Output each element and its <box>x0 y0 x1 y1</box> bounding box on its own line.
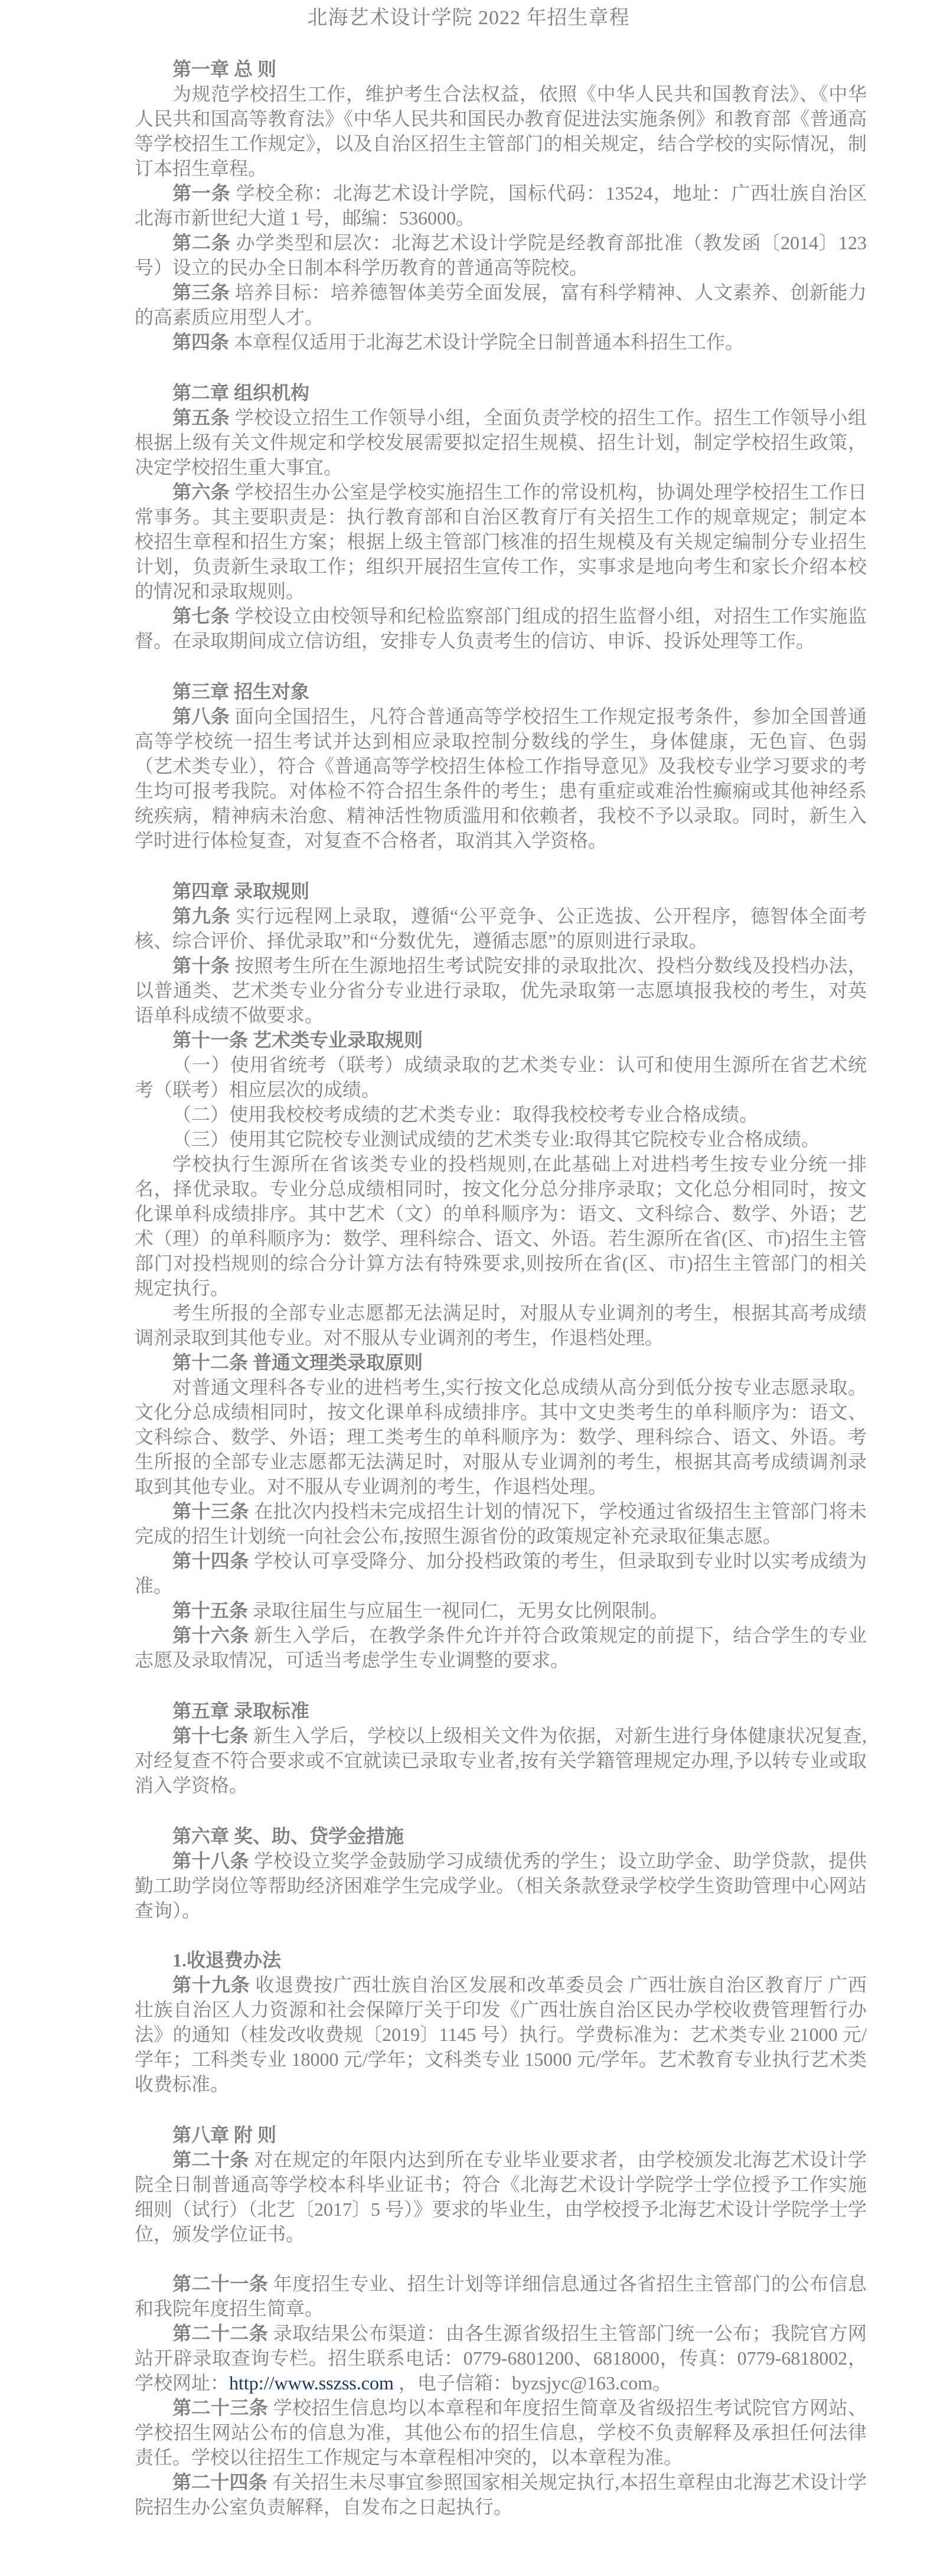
paragraph: 第十八条 学校设立奖学金鼓励学习成绩优秀的学生；设立助学金、助学贷款，提供勤工助… <box>135 1848 867 1923</box>
paragraph: 第十九条 收退费按广西壮族自治区发展和改革委员会 广西壮族自治区教育厅 广西壮族… <box>135 1972 867 2096</box>
paragraph: 第二条 办学类型和层次：北海艺术设计学院是经教育部批准（教发函〔2014〕123… <box>135 230 867 280</box>
chapter-heading: 第三章 招生对象 <box>135 679 867 704</box>
paragraph: 第二十条 对在规定的年限内达到所在专业毕业要求者，由学校颁发北海艺术设计学院全日… <box>135 2147 867 2246</box>
article-label: 第十六条 <box>172 1625 249 1646</box>
article-label: 第十条 <box>172 955 230 976</box>
paragraph: 对普通文理科各专业的进档考生,实行按文化总成绩从高分到低分按专业志愿录取。文化分… <box>135 1375 867 1499</box>
paragraph: （三）使用其它院校专业测试成绩的艺术类专业:取得其它院校专业合格成绩。 <box>135 1127 867 1152</box>
chapter-heading: 第六章 奖、助、贷学金措施 <box>135 1824 867 1848</box>
article-label: 第二十二条 <box>172 2323 268 2344</box>
article-label: 第十二条 <box>172 1352 248 1373</box>
paragraph: 第四条 本章程仅适用于北海艺术设计学院全日制普通本科招生工作。 <box>135 330 867 354</box>
paragraph: 第十四条 学校认可享受降分、加分投档政策的考生，但录取到专业时以实考成绩为准。 <box>135 1548 867 1598</box>
paragraph: 第二十三条 学校招生信息均以本章程和年度招生简章及省级招生考试院官方网站、学校招… <box>135 2395 867 2470</box>
article-label: 第一条 <box>172 182 231 204</box>
article-label: 第九条 <box>172 905 231 927</box>
school-website-link[interactable]: http://www.sszss.com <box>229 2372 394 2394</box>
article-label: 第四条 <box>172 331 229 353</box>
paragraph: 第二十一条 年度招生专业、招生计划等详细信息通过各省招生主管部门的公布信息和我院… <box>135 2271 867 2321</box>
article-label: 第八条 <box>172 706 230 727</box>
article-label: 第二十四条 <box>172 2471 267 2493</box>
article-label: 第十四条 <box>172 1550 249 1571</box>
article-label: 第二十条 <box>172 2149 249 2170</box>
article-label: 第十五条 <box>172 1600 248 1621</box>
paragraph: 第十五条 录取往届生与应届生一视同仁，无男女比例限制。 <box>135 1598 867 1623</box>
article-heading: 第十二条 普通文理类录取原则 <box>135 1350 867 1375</box>
chapter-heading: 第八章 附 则 <box>135 2122 867 2147</box>
article-label: 第三条 <box>172 282 230 303</box>
article-heading: 1.收退费办法 <box>135 1948 867 1972</box>
paragraph: 第三条 培养目标：培养德智体美劳全面发展，富有科学精神、人文素养、创新能力的高素… <box>135 280 867 330</box>
chapter-heading: 第四章 录取规则 <box>135 879 867 904</box>
paragraph: 第十三条 在批次内投档未完成招生计划的情况下，学校通过省级招生主管部门将未完成的… <box>135 1499 867 1548</box>
paragraph: 第八条 面向全国招生，凡符合普通高等学校招生工作规定报考条件，参加全国普通高等学… <box>135 704 867 853</box>
paragraph: 第六条 学校招生办公室是学校实施招生工作的常设机构，协调处理学校招生工作日常事务… <box>135 480 867 604</box>
paragraph: 为规范学校招生工作，维护考生合法权益，依照《中华人民共和国教育法》、《中华人民共… <box>135 81 867 181</box>
paragraph: 第二十四条 有关招生未尽事宜参照国家相关规定执行,本招生章程由北海艺术设计学院招… <box>135 2470 867 2519</box>
article-label: 第十一条 <box>172 1029 248 1051</box>
paragraph: 学校执行生源所在省该类专业的投档规则,在此基础上对进档考生按专业分统一排名，择优… <box>135 1152 867 1300</box>
article-label: 第十三条 <box>172 1501 249 1522</box>
paragraph: 第十六条 新生入学后，在教学条件允许并符合政策规定的前提下，结合学生的专业志愿及… <box>135 1623 867 1672</box>
paragraph: 考生所报的全部专业志愿都无法满足时，对服从专业调剂的考生，根据其高考成绩调剂录取… <box>135 1300 867 1350</box>
document-title: 北海艺术设计学院 2022 年招生章程 <box>0 0 937 31</box>
article-label: 第二十三条 <box>172 2397 268 2418</box>
chapter-heading: 第二章 组织机构 <box>135 380 867 405</box>
paragraph: 第九条 实行远程网上录取，遵循“公平竞争、公正选拔、公开程序，德智体全面考核、综… <box>135 904 867 953</box>
article-label: 第七条 <box>172 605 230 627</box>
paragraph: 第二十二条 录取结果公布渠道：由各生源省级招生主管部门统一公布；我院官方网站开辟… <box>135 2321 867 2395</box>
paragraph: 第十条 按照考生所在生源地招生考试院安排的录取批次、投档分数线及投档办法，以普通… <box>135 953 867 1028</box>
chapter-heading: 第五章 录取标准 <box>135 1698 867 1723</box>
paragraph: （一）使用省统考（联考）成绩录取的艺术类专业：认可和使用生源所在省艺术统考（联考… <box>135 1052 867 1102</box>
paragraph: 第一条 学校全称：北海艺术设计学院，国标代码：13524，地址：广西壮族自治区北… <box>135 181 867 230</box>
paragraph: 第五条 学校设立招生工作领导小组，全面负责学校的招生工作。招生工作领导小组根据上… <box>135 405 867 480</box>
paragraph: （二）使用我校校考成绩的艺术类专业：取得我校校考专业合格成绩。 <box>135 1102 867 1127</box>
document-page: 北海艺术设计学院 2022 年招生章程 第一章 总 则为规范学校招生工作，维护考… <box>0 0 937 2576</box>
article-label: 第十八条 <box>172 1850 249 1871</box>
chapter-heading: 第一章 总 则 <box>135 57 867 81</box>
article-label: 第二十一条 <box>172 2273 268 2294</box>
paragraph: 第七条 学校设立由校领导和纪检监察部门组成的招生监督小组，对招生工作实施监督。在… <box>135 604 867 653</box>
article-label: 第十九条 <box>172 1974 250 1995</box>
paragraph: 第十七条 新生入学后，学校以上级相关文件为依据，对新生进行身体健康状况复查,对经… <box>135 1723 867 1798</box>
article-label: 第二条 <box>172 232 231 253</box>
article-label: 第十七条 <box>172 1725 249 1746</box>
document-body: 第一章 总 则为规范学校招生工作，维护考生合法权益，依照《中华人民共和国教育法》… <box>135 57 867 2519</box>
article-heading: 第十一条 艺术类专业录取规则 <box>135 1028 867 1052</box>
article-label: 第五条 <box>172 407 230 428</box>
article-label: 第六条 <box>172 481 230 503</box>
